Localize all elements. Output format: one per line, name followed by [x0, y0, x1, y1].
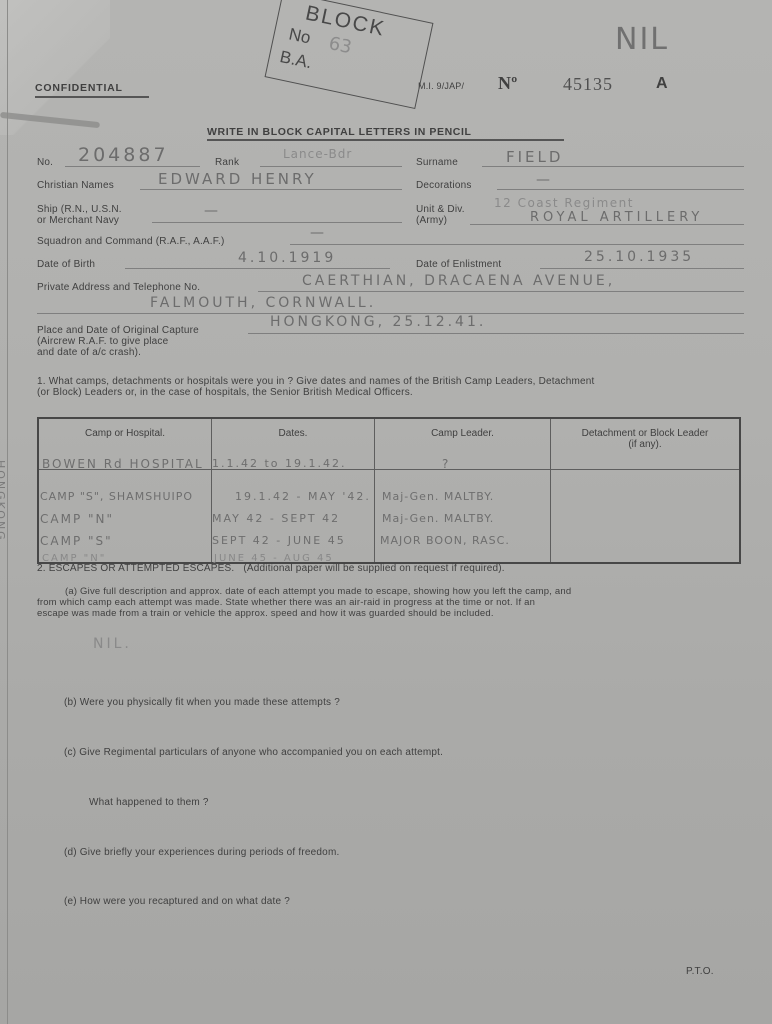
- ship-label-2: or Merchant Navy: [37, 215, 119, 226]
- unit-label-2: (Army): [416, 215, 447, 226]
- section1-question-2: (or Block) Leaders or, in the case of ho…: [37, 387, 413, 398]
- unit-value-1[interactable]: 12 Coast Regiment: [494, 196, 634, 210]
- enlistment-value[interactable]: 25.10.1935: [584, 249, 694, 265]
- row1-dates[interactable]: 1.1.42 to 19.1.42.: [212, 457, 347, 470]
- address-value-2[interactable]: FALMOUTH, CORNWALL.: [150, 295, 376, 311]
- confidential-label: CONFIDENTIAL: [35, 82, 123, 94]
- question-c: (c) Give Regimental particulars of anyon…: [64, 747, 443, 758]
- row2-camp[interactable]: CAMP "S", SHAMSHUIPO: [40, 490, 193, 503]
- address-label: Private Address and Telephone No.: [37, 282, 200, 293]
- detachment-column: [551, 470, 741, 563]
- squadron-line: [290, 244, 744, 245]
- row4-dates[interactable]: SEPT 42 - JUNE 45: [212, 534, 346, 547]
- enlistment-label: Date of Enlistment: [416, 259, 501, 270]
- ship-label-1: Ship (R.N., U.S.N.: [37, 204, 122, 215]
- stamp-number: 63: [327, 33, 354, 58]
- surname-value[interactable]: FIELD: [506, 148, 563, 166]
- christian-names-line: [140, 189, 402, 190]
- row4-camp[interactable]: CAMP "S": [40, 534, 113, 548]
- rank-label: Rank: [215, 157, 239, 168]
- christian-names-value[interactable]: EDWARD HENRY: [158, 170, 317, 188]
- unit-line: [470, 224, 744, 225]
- row3-dates[interactable]: MAY 42 - SEPT 42: [212, 512, 340, 525]
- christian-names-label: Christian Names: [37, 180, 114, 191]
- ref-suffix: A: [656, 75, 668, 93]
- header-leader: Camp Leader.: [375, 418, 551, 470]
- ship-value[interactable]: —: [204, 203, 221, 219]
- capture-value[interactable]: HONGKONG, 25.12.41.: [270, 314, 486, 330]
- confidential-underline: [35, 96, 149, 98]
- pto-label: P.T.O.: [686, 966, 714, 977]
- ref-number: 45135: [563, 74, 613, 95]
- question-d: (d) Give briefly your experiences during…: [64, 847, 339, 858]
- row1-leader[interactable]: ?: [442, 457, 450, 471]
- capture-label-2: (Aircrew R.A.F. to give place: [37, 336, 168, 347]
- question-a-2: from which camp each attempt was made. S…: [37, 597, 535, 608]
- question-b: (b) Were you physically fit when you mad…: [64, 697, 340, 708]
- nil-annotation: NIL: [615, 22, 669, 57]
- stamp-ba: B.A.: [278, 47, 314, 73]
- squadron-value[interactable]: —: [310, 225, 327, 241]
- decorations-label: Decorations: [416, 180, 472, 191]
- no-label: No.: [37, 157, 53, 168]
- hongkong-side-note: HONGKONG: [0, 460, 7, 542]
- section2-title: 2. ESCAPES OR ATTEMPTED ESCAPES. (Additi…: [37, 563, 505, 574]
- block-stamp: BLOCK No 63 B.A.: [265, 0, 434, 109]
- page-edge: [7, 0, 8, 1024]
- capture-line: [248, 333, 744, 334]
- question-a-3: escape was made from a train or vehicle …: [37, 608, 494, 619]
- rank-line: [260, 166, 402, 167]
- enlistment-line: [540, 268, 744, 269]
- decorations-line: [497, 189, 744, 190]
- question-e: (e) How were you recaptured and on what …: [64, 896, 290, 907]
- dob-value[interactable]: 4.10.1919: [238, 250, 336, 266]
- decorations-value[interactable]: —: [536, 172, 553, 188]
- row3-camp[interactable]: CAMP "N": [40, 512, 114, 526]
- dob-label: Date of Birth: [37, 259, 95, 270]
- rank-value[interactable]: Lance-Bdr: [283, 147, 352, 161]
- capture-label-1: Place and Date of Original Capture: [37, 325, 199, 336]
- unit-value-2[interactable]: ROYAL ARTILLERY: [530, 210, 703, 225]
- surname-label: Surname: [416, 157, 458, 168]
- header-detachment: Detachment or Block Leader (if any).: [551, 418, 741, 470]
- unit-label-1: Unit & Div.: [416, 204, 465, 215]
- address-line-1: [258, 291, 744, 292]
- row2-dates[interactable]: 19.1.42 - MAY '42.: [235, 490, 371, 503]
- row3-leader[interactable]: Maj-Gen. MALTBY.: [382, 512, 494, 525]
- row1-camp[interactable]: BOWEN Rd HOSPITAL: [42, 457, 204, 471]
- instruction-heading: WRITE IN BLOCK CAPITAL LETTERS IN PENCIL: [207, 126, 472, 138]
- no-value[interactable]: 204887: [78, 144, 169, 166]
- answer-a[interactable]: NIL.: [93, 636, 132, 652]
- address-value-1[interactable]: CAERTHIAN, DRACAENA AVENUE,: [302, 273, 615, 289]
- row2-leader[interactable]: Maj-Gen. MALTBY.: [382, 490, 494, 503]
- squadron-label: Squadron and Command (R.A.F., A.A.F.): [37, 236, 224, 247]
- dob-line: [125, 268, 390, 269]
- section1-question-1: 1. What camps, detachments or hospitals …: [37, 376, 595, 387]
- ship-line: [152, 222, 402, 223]
- section2-heading: 2. ESCAPES OR ATTEMPTED ESCAPES.: [37, 563, 234, 574]
- ref-no-symbol: Nº: [498, 73, 517, 94]
- question-a-1: (a) Give full description and approx. da…: [65, 586, 571, 597]
- question-c2: What happened to them ?: [89, 797, 209, 808]
- section2-note: (Additional paper will be supplied on re…: [243, 563, 504, 574]
- instruction-underline: [207, 139, 564, 141]
- capture-label-3: and date of a/c crash).: [37, 347, 141, 358]
- row4-leader[interactable]: MAJOR BOON, RASC.: [380, 534, 510, 547]
- document-page: CONFIDENTIAL BLOCK No 63 B.A. NIL M.I. 9…: [0, 0, 772, 1024]
- surname-line: [482, 166, 744, 167]
- no-line: [65, 166, 200, 167]
- stamp-no: No: [287, 24, 312, 48]
- ref-prefix: M.I. 9/JAP/: [418, 81, 464, 91]
